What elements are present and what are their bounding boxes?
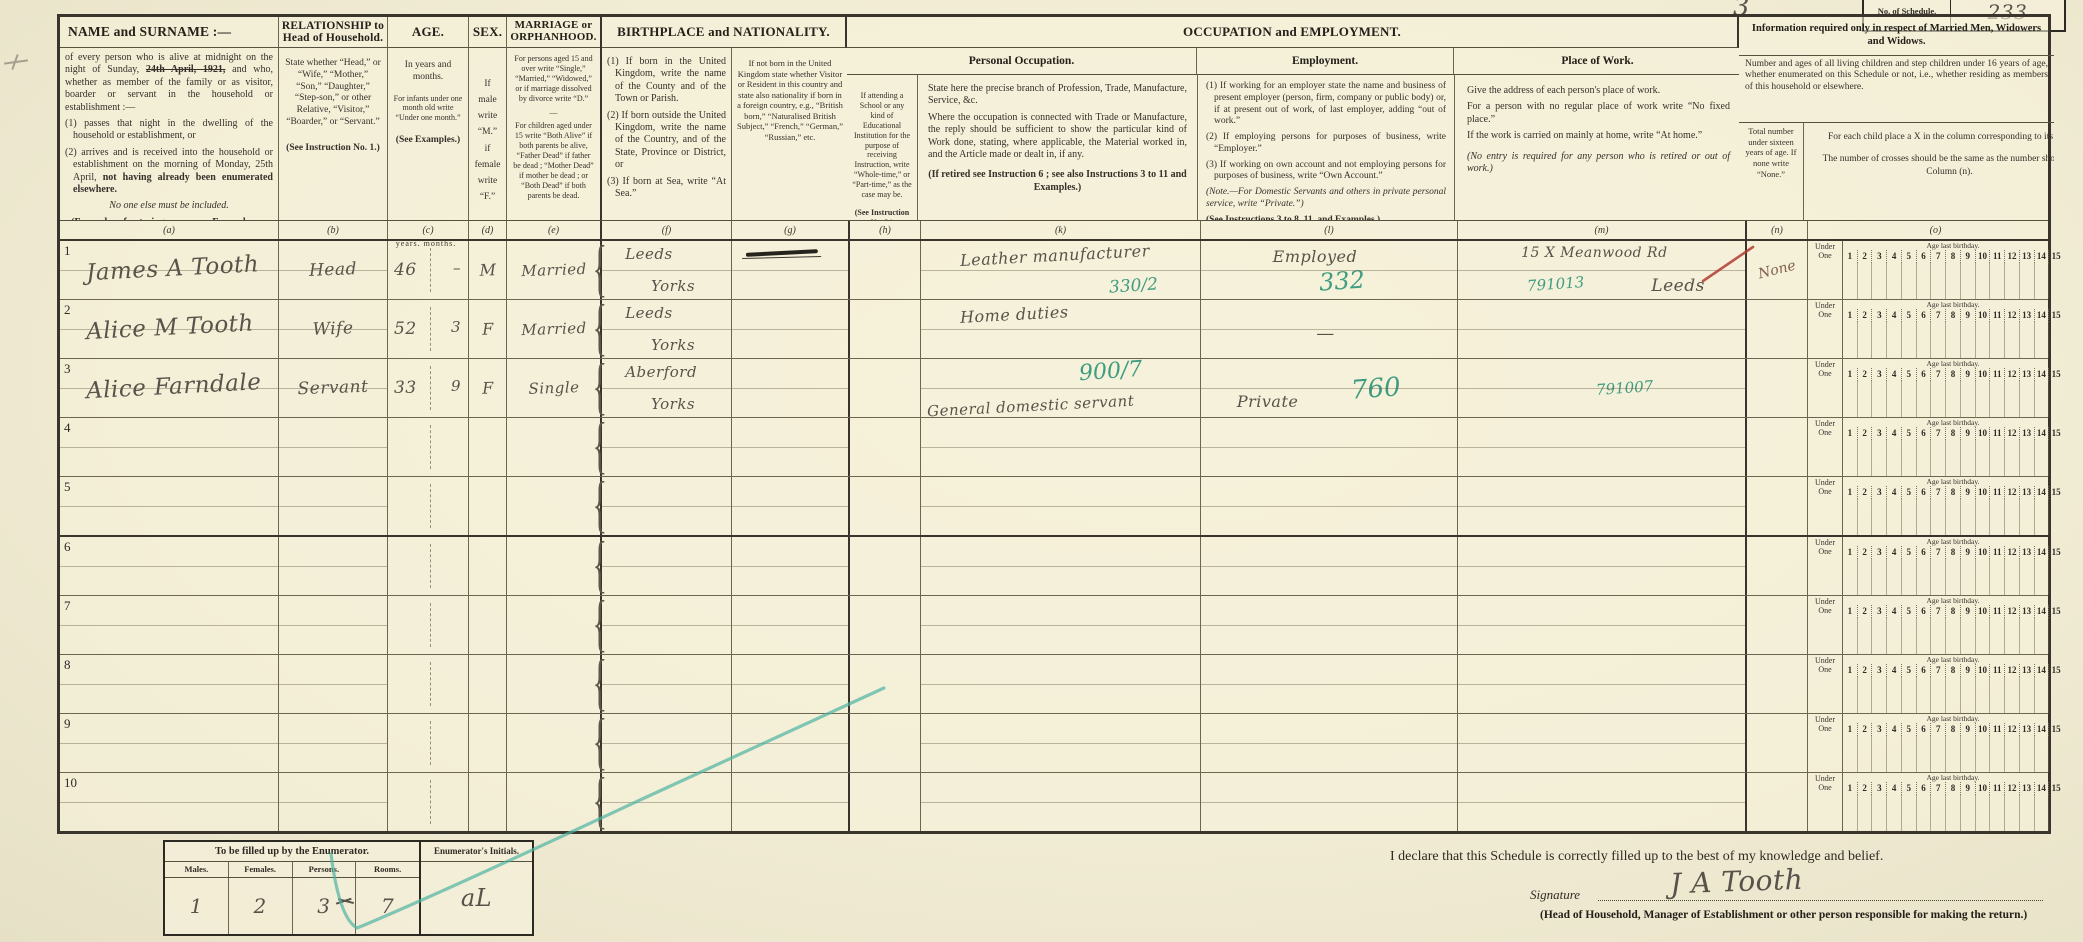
children-ages-cell: Under One Age last birthday. 12345678910… bbox=[1808, 596, 2063, 654]
age-number: 6 bbox=[1916, 368, 1931, 381]
age-tick-cell bbox=[2034, 322, 2049, 358]
age-tick-cell bbox=[1989, 499, 2004, 535]
age-tick-cell bbox=[2004, 677, 2019, 713]
age-number: 13 bbox=[2019, 250, 2034, 263]
row-number: 1 bbox=[64, 243, 71, 259]
nationality-cell bbox=[732, 418, 850, 476]
age-tick-cell bbox=[1916, 499, 1931, 535]
birthplace-cell: Aberford Yorks bbox=[602, 359, 732, 417]
marriage-column-title: MARRIAGE or ORPHANHOOD. bbox=[507, 17, 600, 48]
age-number: 13 bbox=[2019, 368, 2034, 381]
name-desc-note: No one else must be included. bbox=[65, 200, 273, 212]
school-cell bbox=[850, 418, 921, 476]
age-number: 15 bbox=[2048, 664, 2063, 677]
age-number: 7 bbox=[1930, 723, 1945, 736]
age-number: 5 bbox=[1901, 723, 1916, 736]
birthplace-desc-item3: (3) If born at Sea, write “At Sea.” bbox=[607, 176, 726, 201]
age-number: 10 bbox=[1975, 782, 1990, 795]
relationship-cell bbox=[279, 537, 388, 595]
row-number: 6 bbox=[64, 539, 71, 555]
age-number: 1 bbox=[1843, 546, 1857, 559]
age-number: 2 bbox=[1857, 309, 1872, 322]
age-tick-cell bbox=[1930, 263, 1945, 299]
children-age-grid: Under One Age last birthday. 12345678910… bbox=[1808, 418, 2063, 476]
age-number: 8 bbox=[1945, 605, 1960, 618]
age-tick-cell bbox=[1901, 263, 1916, 299]
census-table: years. months. NAME and SURNAME :— of ev… bbox=[57, 14, 2051, 834]
header-col-children-total: Total number under sixteen years of age.… bbox=[1739, 123, 1804, 220]
age-tick-cell bbox=[1916, 440, 1931, 476]
employment-desc-item1: (1) If working for an employer state the… bbox=[1206, 81, 1446, 128]
age-tick-cell bbox=[1857, 559, 1872, 595]
age-tick-cell bbox=[2034, 263, 2049, 299]
age-tick-cell bbox=[2004, 559, 2019, 595]
age-tick-cell bbox=[2019, 677, 2034, 713]
age-tick-cell bbox=[1886, 677, 1901, 713]
age-number: 8 bbox=[1945, 664, 1960, 677]
children-total-cell bbox=[1747, 655, 1808, 713]
age-number: 7 bbox=[1930, 546, 1945, 559]
age-tick-cell bbox=[1930, 322, 1945, 358]
age-tick-cell bbox=[1871, 322, 1886, 358]
age-tick-cell bbox=[2048, 795, 2063, 831]
age-number: 12 bbox=[2004, 664, 2019, 677]
age-number: 8 bbox=[1945, 368, 1960, 381]
age-number: 8 bbox=[1945, 486, 1960, 499]
relationship-cell bbox=[279, 418, 388, 476]
age-tick-cell bbox=[1843, 677, 1857, 713]
school-cell bbox=[850, 537, 921, 595]
birthplace-column-desc: (1) If born in the United Kingdom, write… bbox=[602, 48, 731, 220]
header-col-age: AGE. In years and months. For infants un… bbox=[388, 17, 469, 220]
under-one-label: Under One bbox=[1808, 418, 1843, 476]
age-number: 11 bbox=[1989, 664, 2004, 677]
birthplace-cell: Leeds Yorks bbox=[602, 241, 732, 299]
age-number: 1 bbox=[1843, 605, 1857, 618]
nationality-cell bbox=[732, 359, 850, 417]
age-number: 14 bbox=[2034, 427, 2049, 440]
age-tick-cell bbox=[2048, 499, 2063, 535]
nationality-cell bbox=[732, 300, 850, 358]
employment-cell bbox=[1201, 596, 1458, 654]
age-tick-cell bbox=[2048, 381, 2063, 417]
age-number: 6 bbox=[1916, 309, 1931, 322]
age-number: 9 bbox=[1960, 605, 1975, 618]
age-tick-cell bbox=[1843, 381, 1857, 417]
age-tick-cell bbox=[1857, 263, 1872, 299]
marriage-cell: { bbox=[507, 655, 602, 713]
age-number: 5 bbox=[1901, 546, 1916, 559]
age-units-label: years. months. bbox=[386, 239, 466, 248]
age-number: 1 bbox=[1843, 427, 1857, 440]
age-tick-cell bbox=[2034, 677, 2049, 713]
struck-census-date: 24th April, 1921, bbox=[146, 64, 226, 75]
age-number: 11 bbox=[1989, 546, 2004, 559]
occupation-group-title: OCCUPATION and EMPLOYMENT. bbox=[847, 17, 1739, 48]
age-numbers: 123456789101112131415 bbox=[1843, 309, 2063, 322]
school-cell bbox=[850, 596, 921, 654]
employment-desc-note: (Note.—For Domestic Servants and others … bbox=[1206, 187, 1446, 211]
age-tick-cell bbox=[1989, 440, 2004, 476]
age-tick-cell bbox=[1886, 322, 1901, 358]
age-number: 15 bbox=[2048, 309, 2063, 322]
age-tick-cell bbox=[1871, 795, 1886, 831]
relationship-handwriting: Head bbox=[309, 259, 358, 281]
age-number: 10 bbox=[1975, 309, 1990, 322]
children-total-handwriting: None bbox=[1757, 258, 1798, 283]
place-of-work-cell bbox=[1458, 714, 1747, 772]
children-total-cell bbox=[1747, 359, 1808, 417]
birthplace-desc-item2: (2) If born outside the United Kingdom, … bbox=[607, 110, 726, 172]
birthplace-town-handwriting: Leeds bbox=[625, 245, 673, 263]
age-number: 6 bbox=[1916, 546, 1931, 559]
children-total-cell bbox=[1747, 773, 1808, 831]
age-tick-cell bbox=[2019, 618, 2034, 654]
age-tick-cell bbox=[2034, 440, 2049, 476]
age-tick-cell bbox=[1989, 381, 2004, 417]
table-row: 1 James A Tooth Head 46 – M Married { Le… bbox=[60, 241, 2048, 300]
school-desc-body: If attending a School or any kind of Edu… bbox=[852, 91, 912, 200]
under-one-label: Under One bbox=[1808, 596, 1843, 654]
age-tick-cell bbox=[1843, 322, 1857, 358]
children-age-grid: Under One Age last birthday. 12345678910… bbox=[1808, 359, 2063, 417]
age-tick-cell bbox=[1901, 499, 1916, 535]
employment-code: 760 bbox=[1350, 372, 1402, 405]
married-info-subtitle: Number and ages of all living children a… bbox=[1739, 56, 2054, 123]
age-ticks bbox=[1843, 440, 2063, 476]
age-cell bbox=[388, 773, 469, 831]
age-last-birthday-label: Age last birthday. bbox=[1843, 300, 2063, 309]
age-tick-cell bbox=[1901, 677, 1916, 713]
age-last-birthday-label: Age last birthday. bbox=[1843, 596, 2063, 605]
age-cell: 52 3 bbox=[388, 300, 469, 358]
school-desc-see: (See Instruction No. 2.) bbox=[852, 208, 912, 220]
employment-cell bbox=[1201, 773, 1458, 831]
name-cell: 1 James A Tooth bbox=[60, 241, 279, 299]
age-number: 12 bbox=[2004, 605, 2019, 618]
age-number: 5 bbox=[1901, 486, 1916, 499]
age-tick-cell bbox=[1901, 618, 1916, 654]
age-tick-cell bbox=[1857, 736, 1872, 772]
age-years-months-divider bbox=[430, 366, 431, 410]
age-number: 7 bbox=[1930, 250, 1945, 263]
age-tick-cell bbox=[1945, 618, 1960, 654]
age-number: 3 bbox=[1871, 250, 1886, 263]
table-row: 4 { bbox=[60, 418, 2048, 477]
name-handwriting: Alice Farndale bbox=[85, 369, 262, 404]
age-tick-cell bbox=[1916, 677, 1931, 713]
place-of-work-cell: 15 X Meanwood Rd 791013 Leeds bbox=[1458, 241, 1747, 299]
birthplace-county-handwriting: Yorks bbox=[651, 395, 695, 413]
employment-cell bbox=[1201, 418, 1458, 476]
age-ticks bbox=[1843, 795, 2063, 831]
enumerator-initials-value: aL bbox=[421, 862, 532, 934]
age-months-handwriting: 3 bbox=[451, 318, 461, 336]
school-column-desc: If attending a School or any kind of Edu… bbox=[847, 75, 917, 220]
header-col-marriage: MARRIAGE or ORPHANHOOD. For persons aged… bbox=[507, 17, 602, 220]
column-letter-k: (k) bbox=[921, 221, 1201, 239]
occupation-desc-see: (If retired see Instruction 6 ; see also… bbox=[928, 169, 1187, 194]
age-number: 13 bbox=[2019, 486, 2034, 499]
age-number: 3 bbox=[1871, 368, 1886, 381]
place-desc-note: (No entry is required for any person who… bbox=[1467, 151, 1730, 176]
age-number: 5 bbox=[1901, 782, 1916, 795]
age-number: 2 bbox=[1857, 782, 1872, 795]
name-cell: 4 bbox=[60, 418, 279, 476]
persons-value: 3 bbox=[317, 894, 330, 918]
employment-cell bbox=[1201, 537, 1458, 595]
nationality-cell bbox=[732, 241, 850, 299]
name-cell: 9 bbox=[60, 714, 279, 772]
children-ages-instruction2: The number of crosses should be the same… bbox=[1822, 153, 2054, 178]
age-tick-cell bbox=[1843, 795, 1857, 831]
column-letter-g: (g) bbox=[732, 221, 850, 239]
place-of-work-cell bbox=[1458, 773, 1747, 831]
enumerator-initials-title: Enumerator's Initials. bbox=[421, 842, 532, 862]
age-tick-cell bbox=[1857, 381, 1872, 417]
name-cell: 6 bbox=[60, 537, 279, 595]
declaration-text: I declare that this Schedule is correctl… bbox=[1390, 849, 2083, 865]
age-tick-cell bbox=[1916, 381, 1931, 417]
children-ages-cell: Under One Age last birthday. 12345678910… bbox=[1808, 537, 2063, 595]
age-desc-body: In years and months. bbox=[393, 60, 463, 84]
age-tick-cell bbox=[1960, 499, 1975, 535]
age-tick-cell bbox=[1930, 440, 1945, 476]
row-number: 2 bbox=[64, 302, 71, 318]
place-of-work-cell bbox=[1458, 418, 1747, 476]
children-age-grid: Under One Age last birthday. 12345678910… bbox=[1808, 477, 2063, 535]
header-group-occupation: OCCUPATION and EMPLOYMENT. Personal Occu… bbox=[847, 17, 1739, 220]
age-number: 6 bbox=[1916, 723, 1931, 736]
place-of-work-cell bbox=[1458, 655, 1747, 713]
place-of-work-cell bbox=[1458, 300, 1747, 358]
age-tick-cell bbox=[1960, 263, 1975, 299]
age-tick-cell bbox=[1857, 795, 1872, 831]
children-age-grid: Under One Age last birthday. 12345678910… bbox=[1808, 714, 2063, 772]
marriage-cell: Married { bbox=[507, 300, 602, 358]
children-age-grid: Under One Age last birthday. 12345678910… bbox=[1808, 773, 2063, 831]
age-number: 3 bbox=[1871, 664, 1886, 677]
marriage-cell: Married { bbox=[507, 241, 602, 299]
column-letter-a: (a) bbox=[60, 221, 279, 239]
age-number: 9 bbox=[1960, 723, 1975, 736]
age-tick-cell bbox=[1843, 736, 1857, 772]
column-letter-n: (n) bbox=[1747, 221, 1808, 239]
age-number: 13 bbox=[2019, 605, 2034, 618]
name-column-title: NAME and SURNAME :— bbox=[60, 17, 278, 48]
name-cell: 3 Alice Farndale bbox=[60, 359, 279, 417]
age-number: 15 bbox=[2048, 486, 2063, 499]
employment-column-desc: (1) If working for an employer state the… bbox=[1198, 75, 1454, 220]
birthplace-town-handwriting: Aberford bbox=[625, 363, 697, 381]
header-group-birthplace: BIRTHPLACE and NATIONALITY. (1) If born … bbox=[602, 17, 847, 220]
age-number: 12 bbox=[2004, 250, 2019, 263]
birthplace-cell bbox=[602, 655, 732, 713]
signature-line bbox=[1598, 900, 2043, 901]
age-number: 12 bbox=[2004, 486, 2019, 499]
place-of-work-cell: 791007 bbox=[1458, 359, 1747, 417]
age-number: 7 bbox=[1930, 427, 1945, 440]
age-tick-cell bbox=[1975, 677, 1990, 713]
age-tick-cell bbox=[1945, 677, 1960, 713]
name-cell: 8 bbox=[60, 655, 279, 713]
age-tick-cell bbox=[1930, 795, 1945, 831]
age-number: 4 bbox=[1886, 664, 1901, 677]
marriage-cell: { bbox=[507, 773, 602, 831]
age-number: 12 bbox=[2004, 368, 2019, 381]
age-number: 3 bbox=[1871, 486, 1886, 499]
children-ages-cell: Under One Age last birthday. 12345678910… bbox=[1808, 477, 2063, 535]
age-tick-cell bbox=[1975, 736, 1990, 772]
age-tick-cell bbox=[1901, 736, 1916, 772]
age-number: 4 bbox=[1886, 427, 1901, 440]
children-ages-cell: Under One Age last birthday. 12345678910… bbox=[1808, 241, 2063, 299]
place-address-handwriting: 15 X Meanwood Rd bbox=[1521, 245, 1667, 261]
age-years-months-divider bbox=[430, 425, 431, 469]
age-number: 12 bbox=[2004, 546, 2019, 559]
place-of-work-cell bbox=[1458, 477, 1747, 535]
table-row: 9 { bbox=[60, 714, 2048, 773]
relationship-column-title: RELATIONSHIP to Head of Household. bbox=[279, 17, 387, 48]
employment-title: Employment. bbox=[1197, 48, 1454, 75]
age-number: 9 bbox=[1960, 546, 1975, 559]
age-numbers: 123456789101112131415 bbox=[1843, 368, 2063, 381]
age-number: 2 bbox=[1857, 368, 1872, 381]
age-months-handwriting: – bbox=[453, 259, 461, 277]
marriage-desc-divider: — bbox=[512, 108, 595, 118]
age-number: 9 bbox=[1960, 250, 1975, 263]
age-tick-cell bbox=[1843, 263, 1857, 299]
employment-cell bbox=[1201, 477, 1458, 535]
age-number: 3 bbox=[1871, 546, 1886, 559]
age-number: 10 bbox=[1975, 664, 1990, 677]
relationship-cell bbox=[279, 655, 388, 713]
age-tick-cell bbox=[2004, 440, 2019, 476]
employment-code: 332 bbox=[1318, 265, 1366, 296]
age-number: 11 bbox=[1989, 368, 2004, 381]
column-letter-o: (o) bbox=[1808, 221, 2063, 239]
table-row: 5 { bbox=[60, 477, 2048, 537]
place-desc-item3: If the work is carried on mainly at home… bbox=[1467, 130, 1730, 142]
sex-cell: F bbox=[469, 359, 507, 417]
age-tick-cell bbox=[2004, 736, 2019, 772]
age-tick-cell bbox=[1857, 499, 1872, 535]
age-number: 15 bbox=[2048, 605, 2063, 618]
age-tick-cell bbox=[1960, 381, 1975, 417]
age-tick-cell bbox=[1989, 677, 2004, 713]
sex-cell: F bbox=[469, 300, 507, 358]
age-number: 10 bbox=[1975, 605, 1990, 618]
children-total-cell bbox=[1747, 714, 1808, 772]
age-number: 1 bbox=[1843, 723, 1857, 736]
age-tick-cell bbox=[1989, 618, 2004, 654]
nationality-cell bbox=[732, 773, 850, 831]
children-ages-cell: Under One Age last birthday. 12345678910… bbox=[1808, 300, 2063, 358]
age-number: 14 bbox=[2034, 486, 2049, 499]
age-tick-cell bbox=[2004, 795, 2019, 831]
occupation-cell: Home duties bbox=[921, 300, 1201, 358]
age-tick-cell bbox=[1916, 618, 1931, 654]
age-tick-cell bbox=[1975, 559, 1990, 595]
age-number: 3 bbox=[1871, 427, 1886, 440]
age-ticks bbox=[1843, 381, 2063, 417]
relationship-cell bbox=[279, 714, 388, 772]
age-last-birthday-label: Age last birthday. bbox=[1843, 418, 2063, 427]
age-number: 9 bbox=[1960, 309, 1975, 322]
header-col-occupation: State here the precise branch of Profess… bbox=[918, 75, 1198, 220]
marriage-cell: { bbox=[507, 537, 602, 595]
age-number: 14 bbox=[2034, 250, 2049, 263]
place-town-handwriting: Leeds bbox=[1651, 276, 1705, 296]
persons-strikeout-scribble bbox=[337, 900, 353, 910]
age-tick-cell bbox=[1960, 618, 1975, 654]
nationality-cell bbox=[732, 596, 850, 654]
occupation-cell bbox=[921, 714, 1201, 772]
age-tick-cell bbox=[1843, 499, 1857, 535]
age-number: 6 bbox=[1916, 664, 1931, 677]
children-ages-instruction1: For each child place a X in the column c… bbox=[1822, 131, 2054, 143]
age-number: 5 bbox=[1901, 368, 1916, 381]
age-number: 12 bbox=[2004, 723, 2019, 736]
printed-brace: { bbox=[593, 766, 607, 837]
relationship-cell: Wife bbox=[279, 300, 388, 358]
age-tick-cell bbox=[1989, 322, 2004, 358]
under-one-label: Under One bbox=[1808, 477, 1843, 535]
sex-cell bbox=[469, 537, 507, 595]
census-schedule-page: 3 No. of Schedule. 233 years. months. NA… bbox=[0, 0, 2083, 942]
age-number: 4 bbox=[1886, 605, 1901, 618]
age-tick-cell bbox=[1871, 381, 1886, 417]
birthplace-cell bbox=[602, 773, 732, 831]
nationality-cell bbox=[732, 537, 850, 595]
age-cell bbox=[388, 477, 469, 535]
personal-occupation-title: Personal Occupation. bbox=[847, 48, 1197, 75]
table-row: 2 Alice M Tooth Wife 52 3 F Married { Le… bbox=[60, 300, 2048, 359]
age-tick-cell bbox=[1989, 795, 2004, 831]
employment-desc-item3: (3) If working on own account and not em… bbox=[1206, 160, 1446, 184]
children-age-grid: Under One Age last birthday. 12345678910… bbox=[1808, 537, 2063, 595]
declaration-block: I declare that this Schedule is correctl… bbox=[1390, 849, 2083, 921]
sex-column-desc: If male write “M.” if female write “F.” bbox=[469, 48, 506, 220]
occupation-code: 900/7 bbox=[1078, 357, 1143, 386]
header-col-place-of-work: Give the address of each person's place … bbox=[1455, 75, 1739, 220]
age-tick-cell bbox=[2034, 381, 2049, 417]
employment-handwriting: Private bbox=[1237, 392, 1299, 411]
nationality-cell bbox=[732, 477, 850, 535]
sex-cell bbox=[469, 655, 507, 713]
age-number: 10 bbox=[1975, 486, 1990, 499]
age-tick-cell bbox=[2019, 381, 2034, 417]
age-tick-cell bbox=[2004, 618, 2019, 654]
place-of-work-cell bbox=[1458, 537, 1747, 595]
age-number: 14 bbox=[2034, 546, 2049, 559]
name-cell: 2 Alice M Tooth bbox=[60, 300, 279, 358]
age-number: 6 bbox=[1916, 427, 1931, 440]
row-number: 3 bbox=[64, 361, 71, 377]
age-tick-cell bbox=[1989, 559, 2004, 595]
under-one-label: Under One bbox=[1808, 241, 1843, 299]
age-years-handwriting: 46 bbox=[394, 260, 417, 280]
age-number: 10 bbox=[1975, 368, 1990, 381]
age-tick-cell bbox=[2004, 263, 2019, 299]
children-total-cell bbox=[1747, 300, 1808, 358]
age-number: 13 bbox=[2019, 664, 2034, 677]
relationship-cell: Head bbox=[279, 241, 388, 299]
birthplace-cell bbox=[602, 596, 732, 654]
column-letter-d: (d) bbox=[469, 221, 507, 239]
age-tick-cell bbox=[1975, 322, 1990, 358]
age-tick-cell bbox=[1975, 440, 1990, 476]
